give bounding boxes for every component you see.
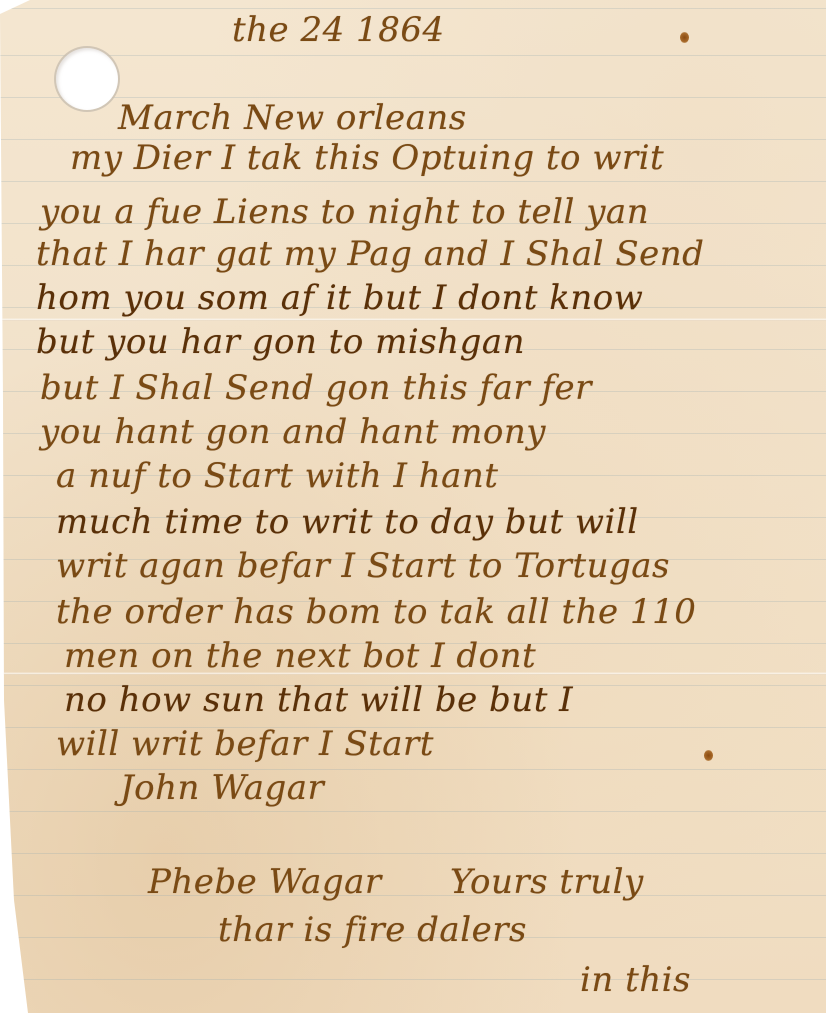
punch-hole xyxy=(56,48,118,110)
place-line: March New orleans xyxy=(118,98,467,138)
body-line: writ agan befar I Start to Tortugas xyxy=(56,546,670,586)
date-line: the 24 1864 xyxy=(232,10,445,50)
body-line: a nuf to Start with I hant xyxy=(56,456,498,496)
body-line: that I har gat my Pag and I Shal Send xyxy=(36,234,704,274)
body-line: you a fue Liens to night to tell yan xyxy=(40,192,649,232)
body-line: the order has bom to tak all the 110 xyxy=(56,592,696,632)
ink-spot xyxy=(680,32,689,43)
addressee-line: Phebe Wagar xyxy=(148,862,382,902)
ink-spot xyxy=(704,750,713,761)
body-line: no how sun that will be but I xyxy=(64,680,573,720)
postscript-line: in this xyxy=(580,960,691,1000)
body-line: will writ befar I Start xyxy=(56,724,434,764)
closing-line: Yours truly xyxy=(450,862,644,902)
body-line: but you har gon to mishgan xyxy=(36,322,525,362)
body-line: men on the next bot I dont xyxy=(64,636,536,676)
signature: John Wagar xyxy=(120,768,324,808)
postscript-line: thar is fire dalers xyxy=(218,910,527,950)
paper-fold xyxy=(0,318,826,321)
body-line: hom you som af it but I dont know xyxy=(36,278,643,318)
body-line: much time to writ to day but will xyxy=(56,502,639,542)
body-line: but I Shal Send gon this far fer xyxy=(40,368,592,408)
body-line: you hant gon and hant mony xyxy=(40,412,546,452)
body-line: my Dier I tak this Optuing to writ xyxy=(70,138,664,178)
